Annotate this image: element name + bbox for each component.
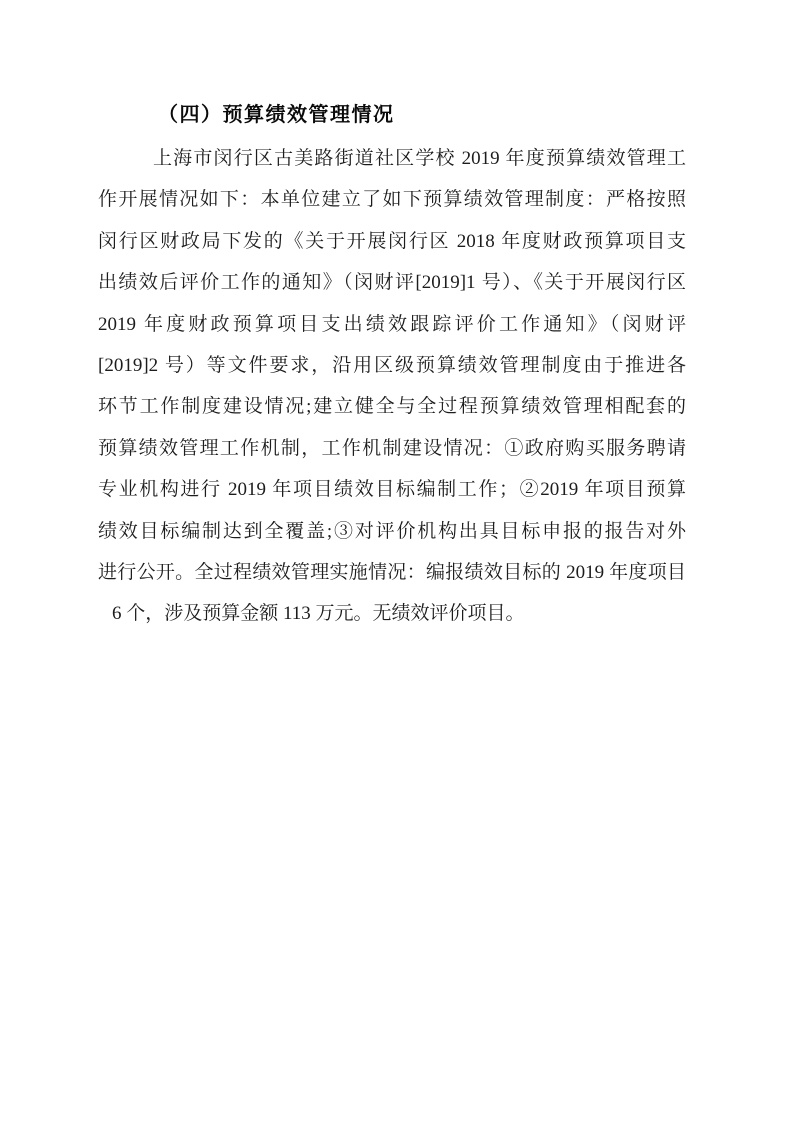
paragraph-line: 2019 年度财政预算项目支出绩效跟踪评价工作通知》（闵财评	[98, 304, 686, 345]
paragraph-line: 闵行区财政局下发的《关于开展闵行区 2018 年度财政预算项目支	[98, 221, 686, 262]
paragraph-line: 作开展情况如下：本单位建立了如下预算绩效管理制度：严格按照	[98, 179, 686, 220]
section-heading: （四）预算绩效管理情况	[98, 103, 686, 127]
body-paragraph: 上海市闵行区古美路街道社区学校 2019 年度预算绩效管理工 作开展情况如下：本…	[98, 138, 686, 635]
paragraph-line: 绩效目标编制达到全覆盖;③对评价机构出具目标申报的报告对外	[98, 511, 686, 552]
paragraph-line: 6 个，涉及预算金额 113 万元。无绩效评价项目。	[98, 593, 686, 634]
paragraph-line: 环节工作制度建设情况;建立健全与全过程预算绩效管理相配套的	[98, 386, 686, 427]
document-page: （四）预算绩效管理情况 上海市闵行区古美路街道社区学校 2019 年度预算绩效管…	[0, 0, 793, 1122]
paragraph-line: 上海市闵行区古美路街道社区学校 2019 年度预算绩效管理工	[98, 138, 686, 179]
paragraph-line: 预算绩效管理工作机制，工作机制建设情况：①政府购买服务聘请	[98, 428, 686, 469]
paragraph-line: [2019]2 号）等文件要求，沿用区级预算绩效管理制度由于推进各	[98, 345, 686, 386]
paragraph-line: 专业机构进行 2019 年项目绩效目标编制工作；②2019 年项目预算	[98, 469, 686, 510]
paragraph-line: 进行公开。全过程绩效管理实施情况：编报绩效目标的 2019 年度项目	[98, 552, 686, 593]
text-block: （四）预算绩效管理情况 上海市闵行区古美路街道社区学校 2019 年度预算绩效管…	[98, 103, 686, 635]
paragraph-line: 出绩效后评价工作的通知》（闵财评[2019]1 号）、《关于开展闵行区	[98, 262, 686, 303]
